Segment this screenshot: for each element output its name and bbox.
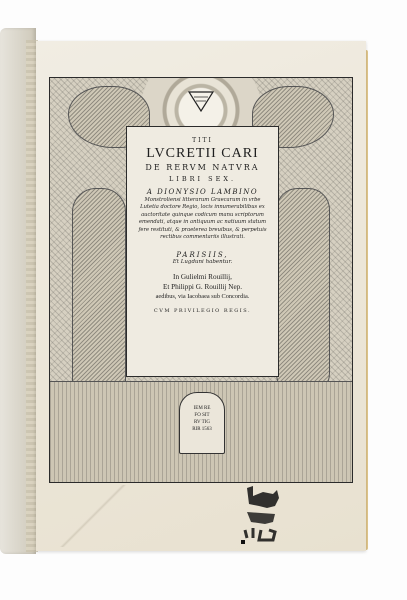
inscribed-tablet: IEM RE FO SIT RV TIG RIR 1563 [179,392,225,454]
printer-line-3: aedibus, via Iacobaea sub Concordia. [127,292,278,302]
edition-description: Monstroliensi litterarum Graecarum in vr… [135,197,270,241]
woodcut-border: TITI LVCRETII CARI DE RERVM NATVRA LIBRI… [49,77,353,483]
printer-line-1: In Gulielmi Rouillij, [127,272,278,282]
book-photo: TITI LVCRETII CARI DE RERVM NATVRA LIBRI… [0,0,407,600]
editor-line: A DIONYSIO LAMBINO [127,188,278,196]
tablet-inscription: IEM RE FO SIT RV TIG RIR 1563 [183,405,221,433]
library-stamp-icon [239,484,303,544]
imprint-place-sub: Et Lugduni habentur. [127,259,278,265]
work-title: DE RERVM NATVRA [127,163,278,172]
page-crease [58,485,128,547]
printer-imprint: In Gulielmi Rouillij, Et Philippi G. Rou… [127,272,278,302]
imprint-place: PARISIIS, [127,251,278,259]
privilege-line: CVM PRIVILEGIO REGIS. [127,308,278,314]
books-count: LIBRI SEX. [127,175,278,183]
printer-line-2: Et Philippi G. Rouillij Nep. [127,282,278,292]
triangle-emblem-icon [188,90,214,112]
title-cartouche: TITI LVCRETII CARI DE RERVM NATVRA LIBRI… [126,126,279,377]
title-prefix: TITI [127,137,278,144]
author-name: LVCRETII CARI [127,146,278,162]
warrior-figure-illustration [72,188,126,390]
female-figure-illustration [276,188,330,400]
